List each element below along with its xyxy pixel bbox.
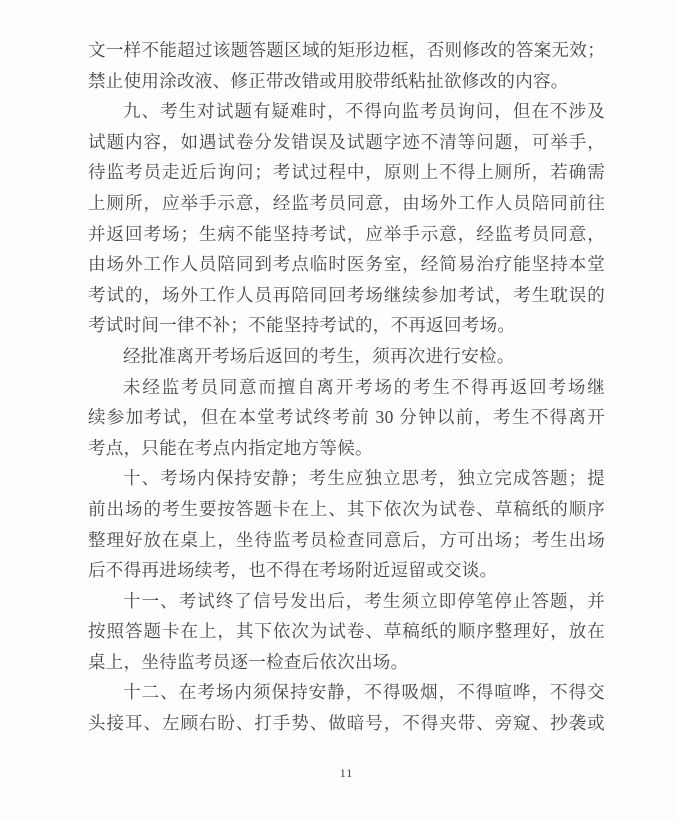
text-line: 考试的，场外工作人员再陪同回考场继续参加考试，考生耽误的 bbox=[88, 280, 605, 311]
text-line: 上厕所，应举手示意，经监考员同意，由场外工作人员陪同前往 bbox=[88, 188, 605, 219]
text-line: 经批准离开考场后返回的考生，须再次进行安检。 bbox=[88, 341, 605, 372]
text-line: 禁止使用涂改液、修正带改错或用胶带纸粘扯欲修改的内容。 bbox=[88, 66, 605, 97]
text-line: 文一样不能超过该题答题区域的矩形边框，否则修改的答案无效； bbox=[88, 35, 605, 66]
text-line: 按照答题卡在上，其下依次为试卷、草稿纸的顺序整理好，放在 bbox=[88, 616, 605, 647]
text-line: 头接耳、左顾右盼、打手势、做暗号，不得夹带、旁窥、抄袭或 bbox=[88, 708, 605, 739]
text-line: 整理好放在桌上，坐待监考员检查同意后，方可出场；考生出场 bbox=[88, 525, 605, 556]
text-line: 续参加考试，但在本堂考试终考前 30 分钟以前，考生不得离开 bbox=[88, 402, 605, 433]
text-line: 十二、在考场内须保持安静，不得吸烟，不得喧哗，不得交 bbox=[88, 677, 605, 708]
text-line: 考点，只能在考点内指定地方等候。 bbox=[88, 433, 605, 464]
document-page: 文一样不能超过该题答题区域的矩形边框，否则修改的答案无效；禁止使用涂改液、修正带… bbox=[0, 0, 677, 821]
text-line: 桌上，坐待监考员逐一检查后依次出场。 bbox=[88, 647, 605, 678]
text-line: 后不得再进场续考，也不得在考场附近逗留或交谈。 bbox=[88, 555, 605, 586]
text-line: 未经监考员同意而擅自离开考场的考生不得再返回考场继 bbox=[88, 372, 605, 403]
page-number: 11 bbox=[88, 766, 605, 781]
text-line: 试题内容，如遇试卷分发错误及试题字迹不清等问题，可举手， bbox=[88, 127, 605, 158]
text-line: 前出场的考生要按答题卡在上、其下依次为试卷、草稿纸的顺序 bbox=[88, 494, 605, 525]
text-line: 由场外工作人员陪同到考点临时医务室，经简易治疗能坚持本堂 bbox=[88, 249, 605, 280]
text-block: 文一样不能超过该题答题区域的矩形边框，否则修改的答案无效；禁止使用涂改液、修正带… bbox=[88, 35, 605, 739]
text-line: 十、考场内保持安静；考生应独立思考，独立完成答题；提 bbox=[88, 463, 605, 494]
text-line: 十一、考试终了信号发出后，考生须立即停笔停止答题，并 bbox=[88, 586, 605, 617]
text-line: 并返回考场；生病不能坚持考试，应举手示意，经监考员同意， bbox=[88, 219, 605, 250]
text-line: 九、考生对试题有疑难时，不得向监考员询问，但在不涉及 bbox=[88, 96, 605, 127]
text-line: 考试时间一律不补；不能坚持考试的，不再返回考场。 bbox=[88, 310, 605, 341]
text-line: 待监考员走近后询问；考试过程中，原则上不得上厕所，若确需 bbox=[88, 157, 605, 188]
